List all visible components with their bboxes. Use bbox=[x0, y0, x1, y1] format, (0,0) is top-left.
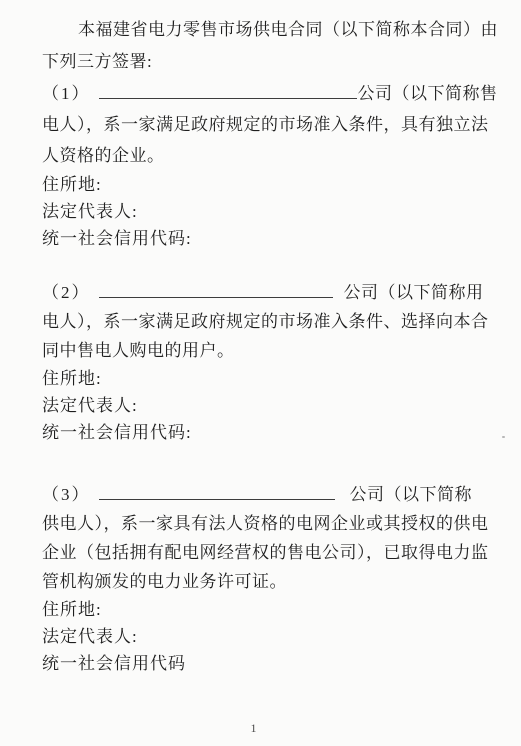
party-3-marker: （3） bbox=[42, 485, 91, 504]
party-2-marker: （2） bbox=[42, 283, 91, 302]
contract-page: 本福建省电力零售市场供电合同（以下简称本合同）由 下列三方签署: （1）公司（以… bbox=[42, 14, 485, 677]
party-2-first-line: （2）公司（以下简称用 bbox=[42, 278, 485, 307]
party-3-body-line: 企业（包括拥有配电网经营权的售电公司），已取得电力监 bbox=[42, 538, 485, 567]
legal-representative-label: 法定代表人: bbox=[42, 392, 485, 419]
party-3-body-line: 供电人），系一家具有法人资格的电网企业或其授权的供电 bbox=[42, 509, 485, 538]
party-3-first-line: （3）公司（以下简称 bbox=[42, 480, 485, 509]
party-1-body-line: 人资格的企业。 bbox=[42, 140, 485, 171]
party-1-body-line: 电人），系一家满足政府规定的市场准入条件，具有独立法 bbox=[42, 109, 485, 140]
intro-line: 本福建省电力零售市场供电合同（以下简称本合同）由 bbox=[42, 14, 485, 46]
legal-representative-label: 法定代表人: bbox=[42, 623, 485, 650]
party-2-body-line: 同中售电人购电的用户。 bbox=[42, 336, 485, 365]
party-1-first-line-text: 公司（以下简称售 bbox=[358, 84, 498, 103]
legal-representative-label: 法定代表人: bbox=[42, 198, 485, 225]
company-name-blank-underline bbox=[99, 483, 335, 500]
party-1-marker: （1） bbox=[42, 84, 91, 103]
party-3-body-line: 管机构颁发的电力业务许可证。 bbox=[42, 567, 485, 596]
party-3-paragraph: （3）公司（以下简称 供电人），系一家具有法人资格的电网企业或其授权的供电 企业… bbox=[42, 480, 485, 596]
scan-artifact-speck bbox=[502, 436, 505, 438]
credit-code-label: 统一社会信用代码 bbox=[42, 650, 485, 677]
page-number: 1 bbox=[0, 721, 507, 736]
credit-code-label: 统一社会信用代码: bbox=[42, 419, 485, 446]
party-2-detail-labels: 住所地: 法定代表人: 统一社会信用代码: bbox=[42, 365, 485, 446]
intro-line: 下列三方签署: bbox=[42, 46, 485, 78]
party-2-body-line: 电人），系一家满足政府规定的市场准入条件、选择向本合 bbox=[42, 307, 485, 336]
section-spacer bbox=[42, 446, 485, 480]
company-name-blank-underline bbox=[99, 281, 333, 298]
company-name-blank-underline bbox=[99, 82, 357, 99]
party-1-paragraph: （1）公司（以下简称售 电人），系一家满足政府规定的市场准入条件，具有独立法 人… bbox=[42, 78, 485, 171]
party-1-first-line: （1）公司（以下简称售 bbox=[42, 78, 485, 109]
party-1-detail-labels: 住所地: 法定代表人: 统一社会信用代码: bbox=[42, 171, 485, 252]
credit-code-label: 统一社会信用代码: bbox=[42, 225, 485, 252]
party-3-detail-labels: 住所地: 法定代表人: 统一社会信用代码 bbox=[42, 596, 485, 677]
party-2-paragraph: （2）公司（以下简称用 电人），系一家满足政府规定的市场准入条件、选择向本合 同… bbox=[42, 278, 485, 365]
party-2-first-line-text: 公司（以下简称用 bbox=[344, 283, 484, 302]
address-label: 住所地: bbox=[42, 171, 485, 198]
address-label: 住所地: bbox=[42, 365, 485, 392]
section-spacer bbox=[42, 252, 485, 278]
intro-paragraph: 本福建省电力零售市场供电合同（以下简称本合同）由 下列三方签署: bbox=[42, 14, 485, 78]
party-3-first-line-text: 公司（以下简称 bbox=[350, 485, 473, 504]
address-label: 住所地: bbox=[42, 596, 485, 623]
